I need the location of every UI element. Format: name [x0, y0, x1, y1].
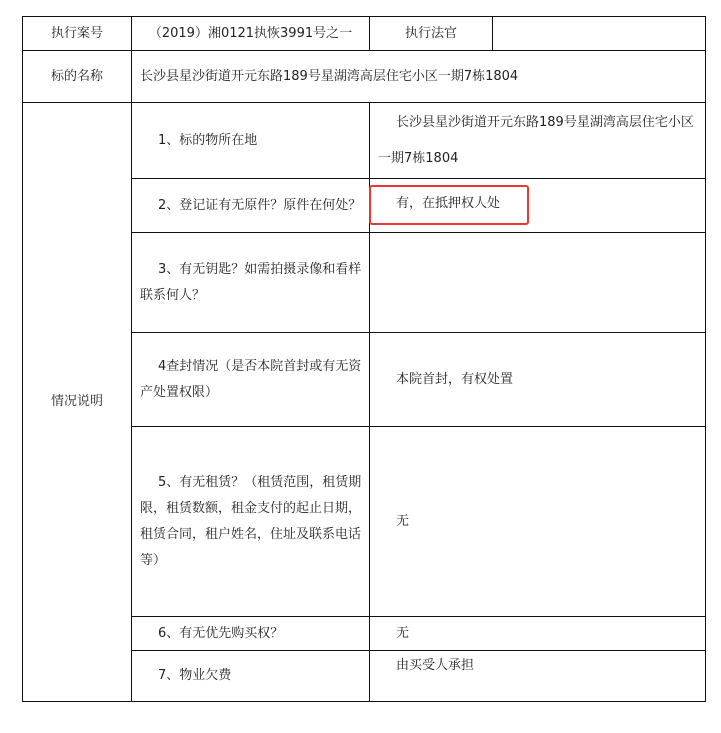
answer-6: 无: [370, 617, 705, 651]
answer-4: 本院首封，有权处置: [370, 333, 705, 427]
subject-value: 长沙县星沙街道开元东路189号星湖湾高层住宅小区一期7栋1804: [132, 51, 705, 103]
situation-label: 情况说明: [23, 103, 132, 701]
answer-5: 无: [370, 427, 705, 617]
property-info-table: 执行案号 （2019）湘0121执恢3991号之一 执行法官 标的名称 长沙县星…: [22, 16, 706, 702]
case-no-value: （2019）湘0121执恢3991号之一: [132, 17, 370, 51]
answer-3: [370, 233, 705, 333]
question-4: 4查封情况（是否本院首封或有无资产处置权限）: [132, 333, 370, 427]
subject-label: 标的名称: [23, 51, 132, 103]
question-7: 7、物业欠费: [132, 651, 370, 701]
red-highlight-box: [369, 185, 529, 225]
judge-value: [493, 17, 705, 51]
question-3: 3、有无钥匙？如需拍摄录像和看样联系何人？: [132, 233, 370, 333]
judge-label: 执行法官: [370, 17, 493, 51]
question-2: 2、登记证有无原件？原件在何处？: [132, 179, 370, 233]
question-1: 1、标的物所在地: [132, 103, 370, 179]
answer-1: 长沙县星沙街道开元东路189号星湖湾高层住宅小区一期7栋1804: [370, 103, 705, 179]
question-5: 5、有无租赁？（租赁范围，租赁期限，租赁数额，租金支付的起止日期，租赁合同，租户…: [132, 427, 370, 617]
case-no-label: 执行案号: [23, 17, 132, 51]
question-6: 6、有无优先购买权？: [132, 617, 370, 651]
answer-7: 由买受人承担: [370, 651, 705, 701]
